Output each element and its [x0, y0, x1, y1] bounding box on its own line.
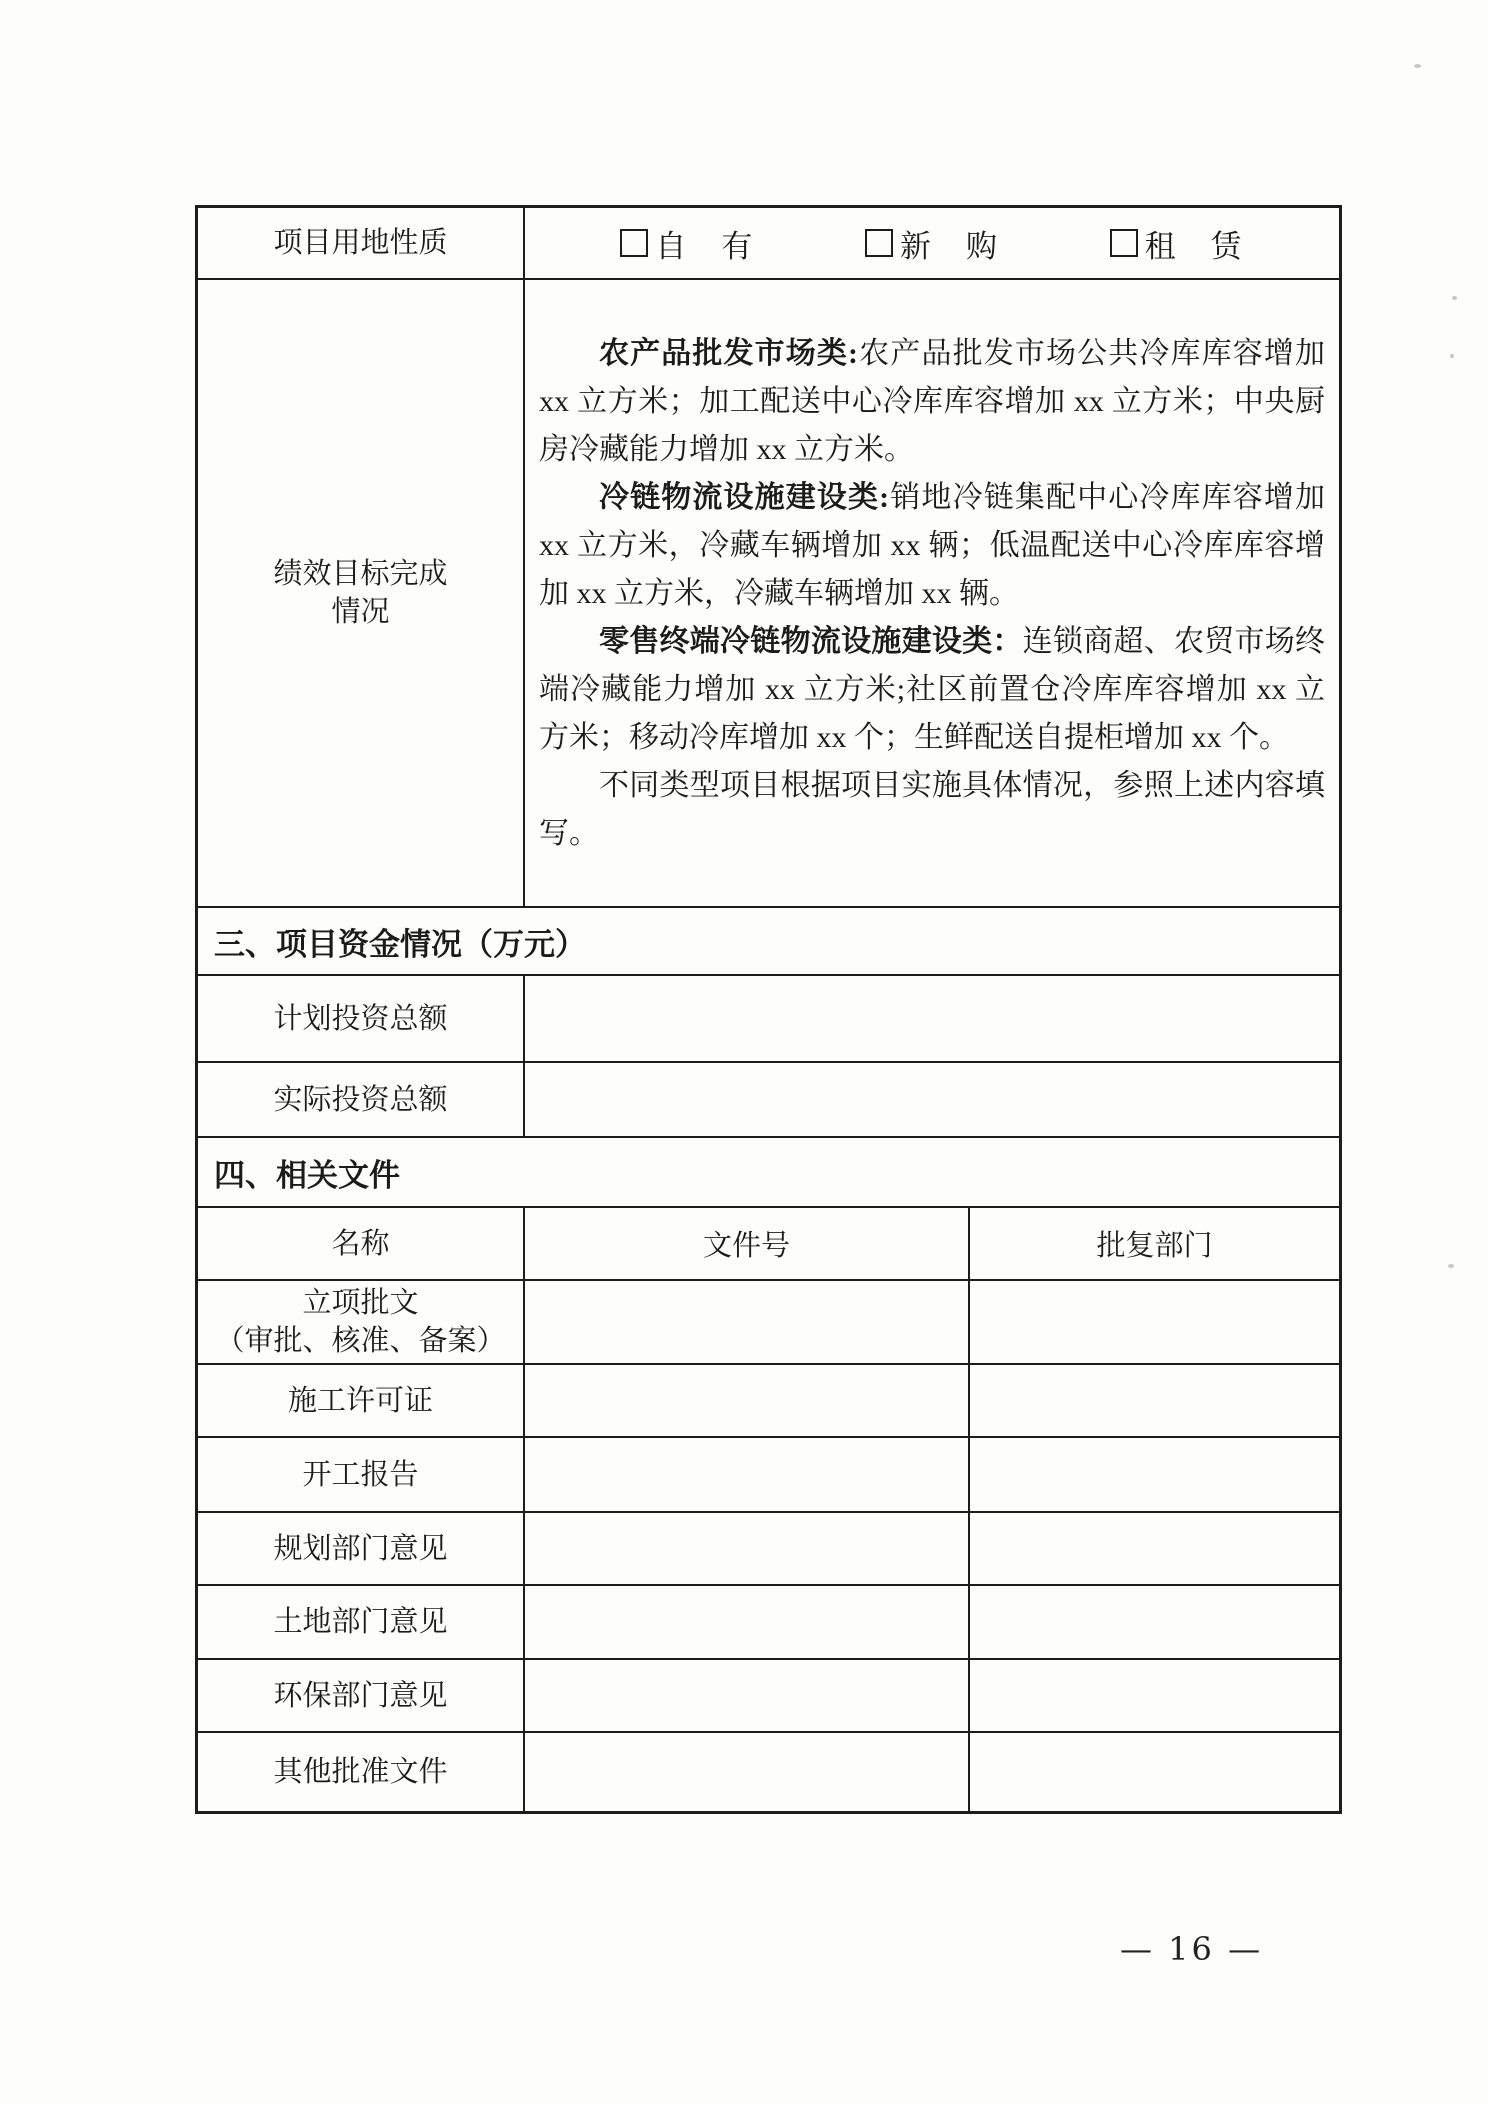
paragraph-lead: 冷链物流设施建设类:: [599, 481, 889, 514]
doc-name: 规划部门意见: [273, 1530, 447, 1568]
table-row-construction-permit: 施工许可证: [198, 1365, 1339, 1438]
checkbox-unchecked-icon: [865, 229, 893, 257]
option-new-purchase: 新 购: [865, 221, 999, 266]
doc-number-cell: [523, 1586, 968, 1658]
doc-name-cell: 规划部门意见: [198, 1513, 523, 1584]
column-header-approval-dept: 批复部门: [968, 1208, 1339, 1279]
option-lease-label: 租 赁: [1145, 221, 1244, 266]
doc-name: 开工报告: [302, 1456, 418, 1494]
table-row-commencement-report: 开工报告: [198, 1438, 1339, 1513]
page-number: — 16 —: [1120, 1930, 1263, 1968]
doc-number-cell: [523, 1438, 968, 1511]
doc-number-cell: [523, 1660, 968, 1731]
table-row-environmental-dept-opinion: 环保部门意见: [198, 1660, 1339, 1733]
doc-name-cell: 开工报告: [198, 1438, 523, 1511]
approval-dept-cell: [968, 1438, 1339, 1511]
paragraph-body: 不同类型项目根据项目实施具体情况，参照上述内容填写。: [539, 769, 1325, 850]
actual-investment-row: 实际投资总额: [198, 1063, 1339, 1138]
doc-name-cell: 立项批文 （审批、核准、备案）: [198, 1281, 523, 1363]
planned-investment-label: 计划投资总额: [273, 1000, 447, 1038]
doc-name: 环保部门意见: [273, 1677, 447, 1715]
document-page: 项目用地性质 自 有 新 购 租 赁 绩效目标完成 情况: [0, 0, 1488, 2104]
doc-number-cell: [523, 1365, 968, 1436]
actual-investment-label-cell: 实际投资总额: [198, 1063, 523, 1136]
performance-label-cell: 绩效目标完成 情况: [198, 280, 523, 906]
form-table: 项目用地性质 自 有 新 购 租 赁 绩效目标完成 情况: [195, 205, 1342, 1814]
table-row-land-dept-opinion: 土地部门意见: [198, 1586, 1339, 1660]
planned-investment-label-cell: 计划投资总额: [198, 976, 523, 1061]
column-header-doc-number-label: 文件号: [703, 1223, 790, 1264]
approval-dept-cell: [968, 1733, 1339, 1811]
doc-name: 其他批准文件: [273, 1753, 447, 1791]
approval-dept-cell: [968, 1586, 1339, 1658]
performance-row: 绩效目标完成 情况 农产品批发市场类:农产品批发市场公共冷库库容增加 xx 立方…: [198, 280, 1339, 908]
performance-paragraph-3: 零售终端冷链物流设施建设类：连锁商超、农贸市场终端冷藏能力增加 xx 立方米;社…: [539, 618, 1325, 762]
option-self-owned-label: 自 有: [655, 221, 754, 266]
land-use-label: 项目用地性质: [273, 224, 447, 262]
option-lease: 租 赁: [1110, 221, 1244, 266]
scan-speck: [1448, 1264, 1454, 1268]
paragraph-lead: 零售终端冷链物流设施建设类：: [599, 625, 1023, 658]
doc-name: 立项批文 （审批、核准、备案）: [215, 1284, 505, 1360]
section3-title: 三、项目资金情况（万元）: [214, 919, 586, 964]
performance-paragraph-2: 冷链物流设施建设类:销地冷链集配中心冷库库容增加 xx 立方米，冷藏车辆增加 x…: [539, 474, 1325, 618]
section3-header-row: 三、项目资金情况（万元）: [198, 908, 1339, 976]
table-row-planning-dept-opinion: 规划部门意见: [198, 1513, 1339, 1586]
option-new-purchase-label: 新 购: [900, 221, 999, 266]
approval-dept-cell: [968, 1660, 1339, 1731]
option-self-owned: 自 有: [620, 221, 754, 266]
doc-number-cell: [523, 1281, 968, 1363]
doc-name: 施工许可证: [288, 1382, 433, 1420]
column-header-doc-number: 文件号: [523, 1208, 968, 1279]
land-use-label-cell: 项目用地性质: [198, 208, 523, 278]
approval-dept-cell: [968, 1365, 1339, 1436]
doc-name-cell: 土地部门意见: [198, 1586, 523, 1658]
performance-paragraph-1: 农产品批发市场类:农产品批发市场公共冷库库容增加 xx 立方米；加工配送中心冷库…: [539, 330, 1325, 474]
column-header-name-label: 名称: [331, 1225, 389, 1263]
doc-name-cell: 施工许可证: [198, 1365, 523, 1436]
performance-label: 绩效目标完成 情况: [273, 555, 447, 631]
land-use-options-cell: 自 有 新 购 租 赁: [523, 208, 1339, 278]
documents-table-header: 名称 文件号 批复部门: [198, 1208, 1339, 1281]
paragraph-lead: 农产品批发市场类:: [599, 337, 858, 370]
doc-number-cell: [523, 1733, 968, 1811]
section4-header-row: 四、相关文件: [198, 1138, 1339, 1208]
table-row-project-approval: 立项批文 （审批、核准、备案）: [198, 1281, 1339, 1365]
planned-investment-row: 计划投资总额: [198, 976, 1339, 1063]
doc-number-cell: [523, 1513, 968, 1584]
scan-speck: [1450, 354, 1454, 358]
land-use-row: 项目用地性质 自 有 新 购 租 赁: [198, 208, 1339, 280]
approval-dept-cell: [968, 1513, 1339, 1584]
column-header-name: 名称: [198, 1208, 523, 1279]
checkbox-unchecked-icon: [1110, 229, 1138, 257]
doc-name-cell: 其他批准文件: [198, 1733, 523, 1811]
column-header-approval-dept-label: 批复部门: [1096, 1223, 1212, 1264]
actual-investment-value-cell: [523, 1063, 1339, 1136]
scan-speck: [1452, 296, 1457, 300]
doc-name-cell: 环保部门意见: [198, 1660, 523, 1731]
approval-dept-cell: [968, 1281, 1339, 1363]
performance-paragraph-4: 不同类型项目根据项目实施具体情况，参照上述内容填写。: [539, 762, 1325, 858]
section4-title: 四、相关文件: [214, 1150, 400, 1195]
doc-name: 土地部门意见: [273, 1603, 447, 1641]
actual-investment-label: 实际投资总额: [273, 1081, 447, 1119]
checkbox-unchecked-icon: [620, 229, 648, 257]
scan-speck: [1414, 64, 1421, 68]
planned-investment-value-cell: [523, 976, 1339, 1061]
table-row-other-approval-documents: 其他批准文件: [198, 1733, 1339, 1811]
performance-text-cell: 农产品批发市场类:农产品批发市场公共冷库库容增加 xx 立方米；加工配送中心冷库…: [523, 280, 1339, 906]
